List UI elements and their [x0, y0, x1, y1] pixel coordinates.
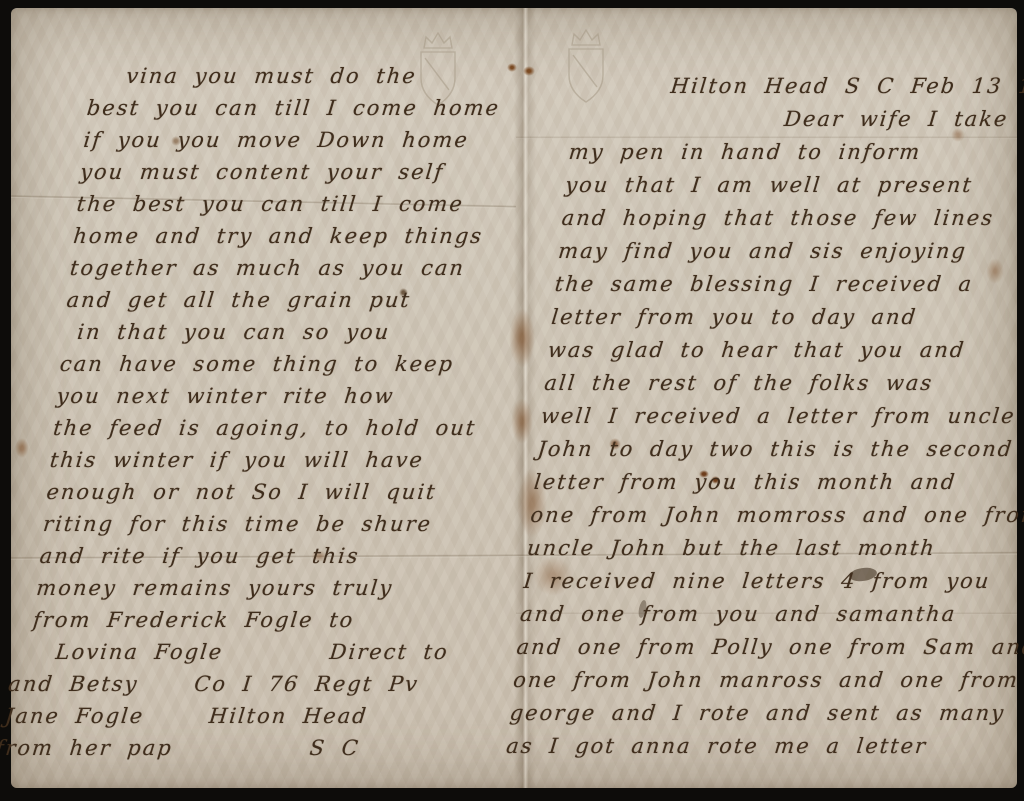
- letter-line: the feed is agoing, to hold out: [52, 412, 478, 444]
- letter-line: the same blessing I received a: [553, 268, 1024, 301]
- letter-line: may find you and sis enjoying: [557, 235, 1024, 268]
- stain: [523, 66, 535, 76]
- stain: [15, 438, 29, 458]
- letter-line: you must content your self: [79, 156, 505, 188]
- letter-line: best you can till I come home: [85, 92, 511, 124]
- letter-line: well I received a letter from uncle: [539, 400, 1024, 433]
- letter-line: uncle John but the last month: [525, 532, 1024, 565]
- address-label: Direct to: [328, 636, 450, 668]
- signature-row: Lovina Fogle Direct to: [28, 636, 454, 668]
- scanned-letter-background: { "document": { "kind": "handwritten two…: [0, 0, 1024, 801]
- stain: [509, 308, 535, 368]
- letter-heading: Hilton Head S C Feb 13 1864: [574, 70, 1024, 103]
- letter-line: and one from you and samantha: [518, 598, 1024, 631]
- letter-line: vina you must do the: [89, 60, 515, 92]
- letter-line: and get all the grain put: [65, 284, 491, 316]
- letter-paper: vina you must do the best you can till I…: [11, 8, 1017, 788]
- letter-line: enough or not So I will quit: [45, 476, 471, 508]
- letter-page-right: Hilton Head S C Feb 13 1864 Dear wife I …: [505, 70, 1024, 763]
- stain: [511, 398, 533, 444]
- address-label: S C: [308, 732, 362, 764]
- address-label: Hilton Head: [207, 700, 369, 732]
- letter-line: I received nine letters 4 from you: [522, 565, 1024, 598]
- letter-line: letter from you this month and: [532, 466, 1024, 499]
- letter-line: can have some thing to keep: [58, 348, 484, 380]
- letter-line: as I got anna rote me a letter: [505, 730, 1024, 763]
- letter-page-left: vina you must do the best you can till I…: [18, 60, 515, 764]
- letter-salutation: Dear wife I take: [570, 103, 1024, 136]
- letter-line: the best you can till I come: [75, 188, 501, 220]
- letter-line: from Frederick Fogle to: [31, 604, 457, 636]
- letter-line: you that I am well at present: [564, 169, 1024, 202]
- signature-row: from her pap S C: [18, 732, 444, 764]
- letter-line: and hoping that those few lines: [560, 202, 1024, 235]
- letter-line: and rite if you get this: [38, 540, 464, 572]
- signature-row: Jane Fogle Hilton Head: [21, 700, 447, 732]
- letter-line: my pen in hand to inform: [567, 136, 1024, 169]
- letter-line: money remains yours truly: [35, 572, 461, 604]
- signature-row: and Betsy Co I 76 Regt Pv: [25, 668, 451, 700]
- address-label: Co I 76 Regt Pv: [193, 668, 421, 700]
- letter-line: you next winter rite how: [55, 380, 481, 412]
- signature-name: Lovina Fogle: [29, 640, 225, 664]
- letter-line: was glad to hear that you and: [546, 334, 1024, 367]
- letter-line: one from John momross and one from: [529, 499, 1024, 532]
- letter-line: John to day two this is the second: [536, 433, 1024, 466]
- letter-line: and one from Polly one from Sam and: [515, 631, 1024, 664]
- letter-line: this winter if you will have: [48, 444, 474, 476]
- signature-name: Jane Fogle: [4, 704, 146, 728]
- signature-name: from her pap: [0, 736, 174, 760]
- letter-line: george and I rote and sent as many: [508, 697, 1024, 730]
- letter-line: if you you move Down home: [82, 124, 508, 156]
- signature-name: and Betsy: [7, 672, 140, 696]
- letter-line: in that you can so you: [62, 316, 488, 348]
- letter-line: letter from you to day and: [550, 301, 1024, 334]
- letter-line: home and try and keep things: [72, 220, 498, 252]
- letter-line: together as much as you can: [68, 252, 494, 284]
- letter-line: all the rest of the folks was: [543, 367, 1024, 400]
- letter-line: one from John manross and one from: [512, 664, 1024, 697]
- letter-line: riting for this time be shure: [42, 508, 468, 540]
